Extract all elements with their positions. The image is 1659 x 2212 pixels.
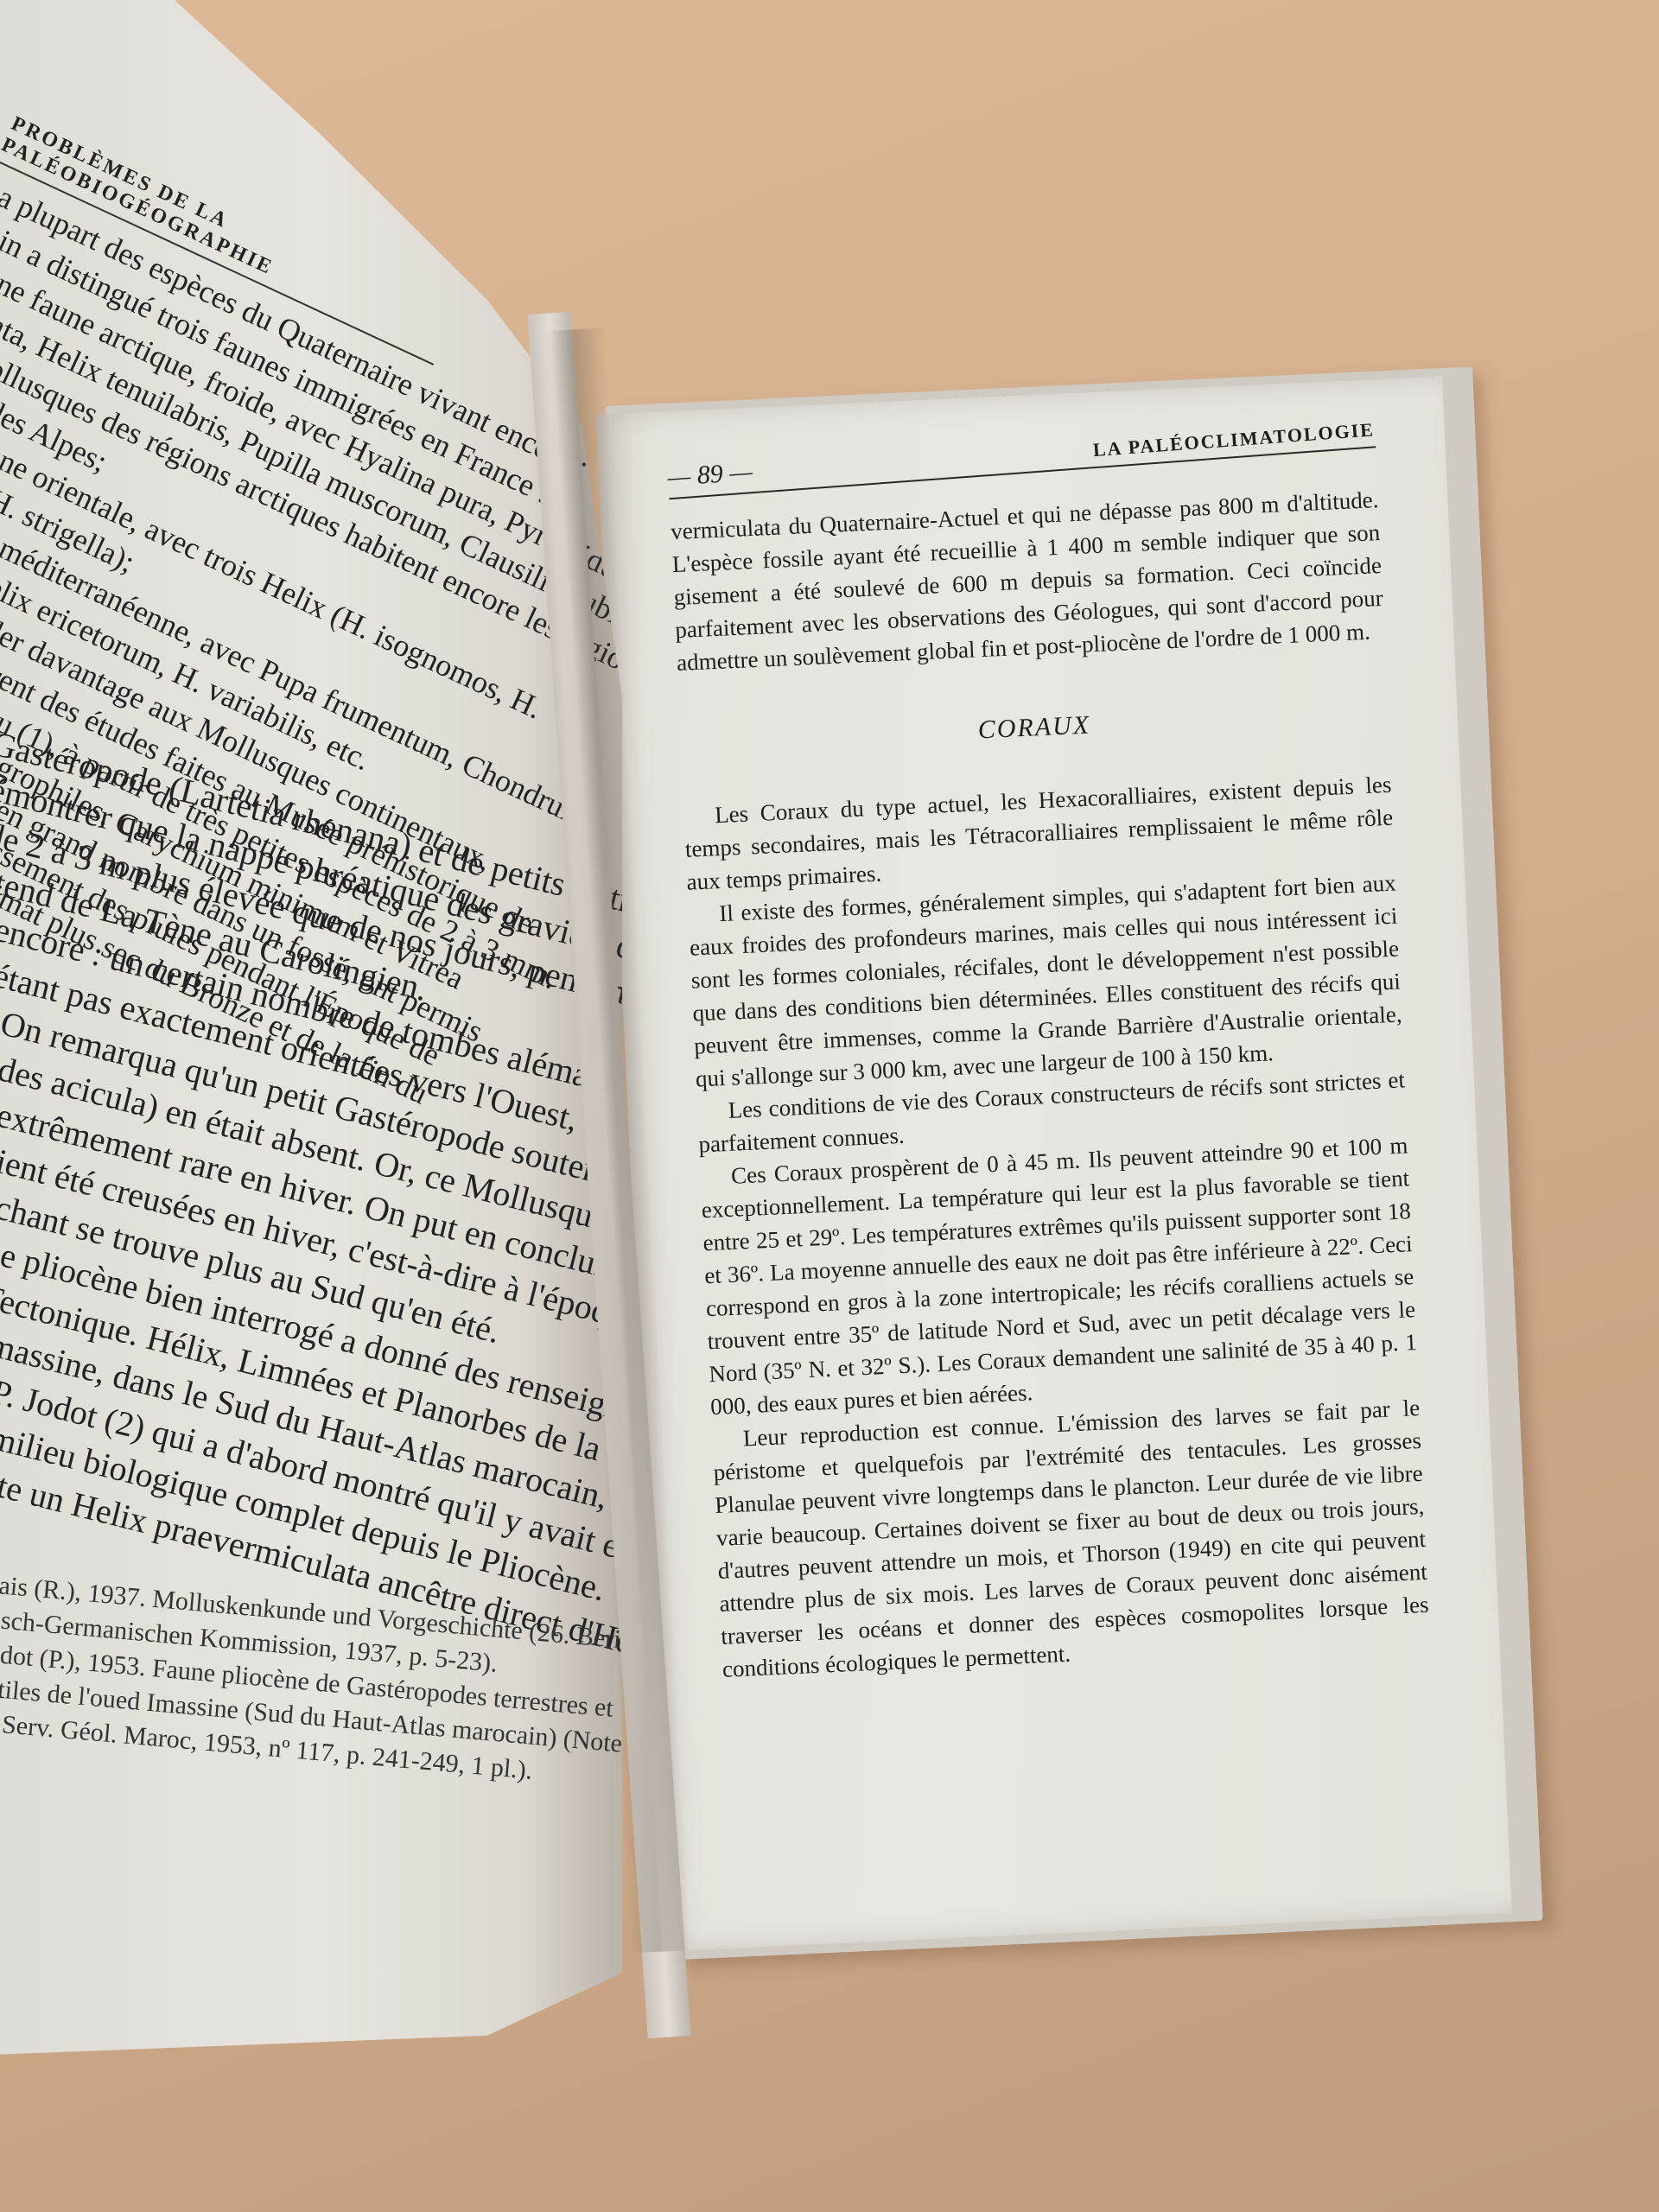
paragraph: Leur reproduction est connue. L'émission…	[711, 1391, 1431, 1686]
right-page: — 89 — LA PALÉOCLIMATOLOGIE vermiculata …	[596, 377, 1512, 1952]
paragraph: Ces Coraux prospèrent de 0 à 45 m. Ils p…	[699, 1128, 1419, 1423]
section-title: CORAUX	[680, 696, 1389, 760]
right-running-head: — 89 — LA PALÉOCLIMATOLOGIE	[666, 411, 1376, 499]
right-body-text: vermiculata du Quaternaire-Actuel et qui…	[670, 483, 1431, 1686]
opening-paragraph: vermiculata du Quaternaire-Actuel et qui…	[670, 483, 1385, 679]
chapter-title: LA PALÉOCLIMATOLOGIE	[1092, 418, 1376, 461]
right-page-content: — 89 — LA PALÉOCLIMATOLOGIE vermiculata …	[668, 431, 1431, 1686]
paragraph: Il existe des formes, généralement simpl…	[688, 867, 1404, 1096]
page-number: — 89 —	[666, 457, 753, 493]
